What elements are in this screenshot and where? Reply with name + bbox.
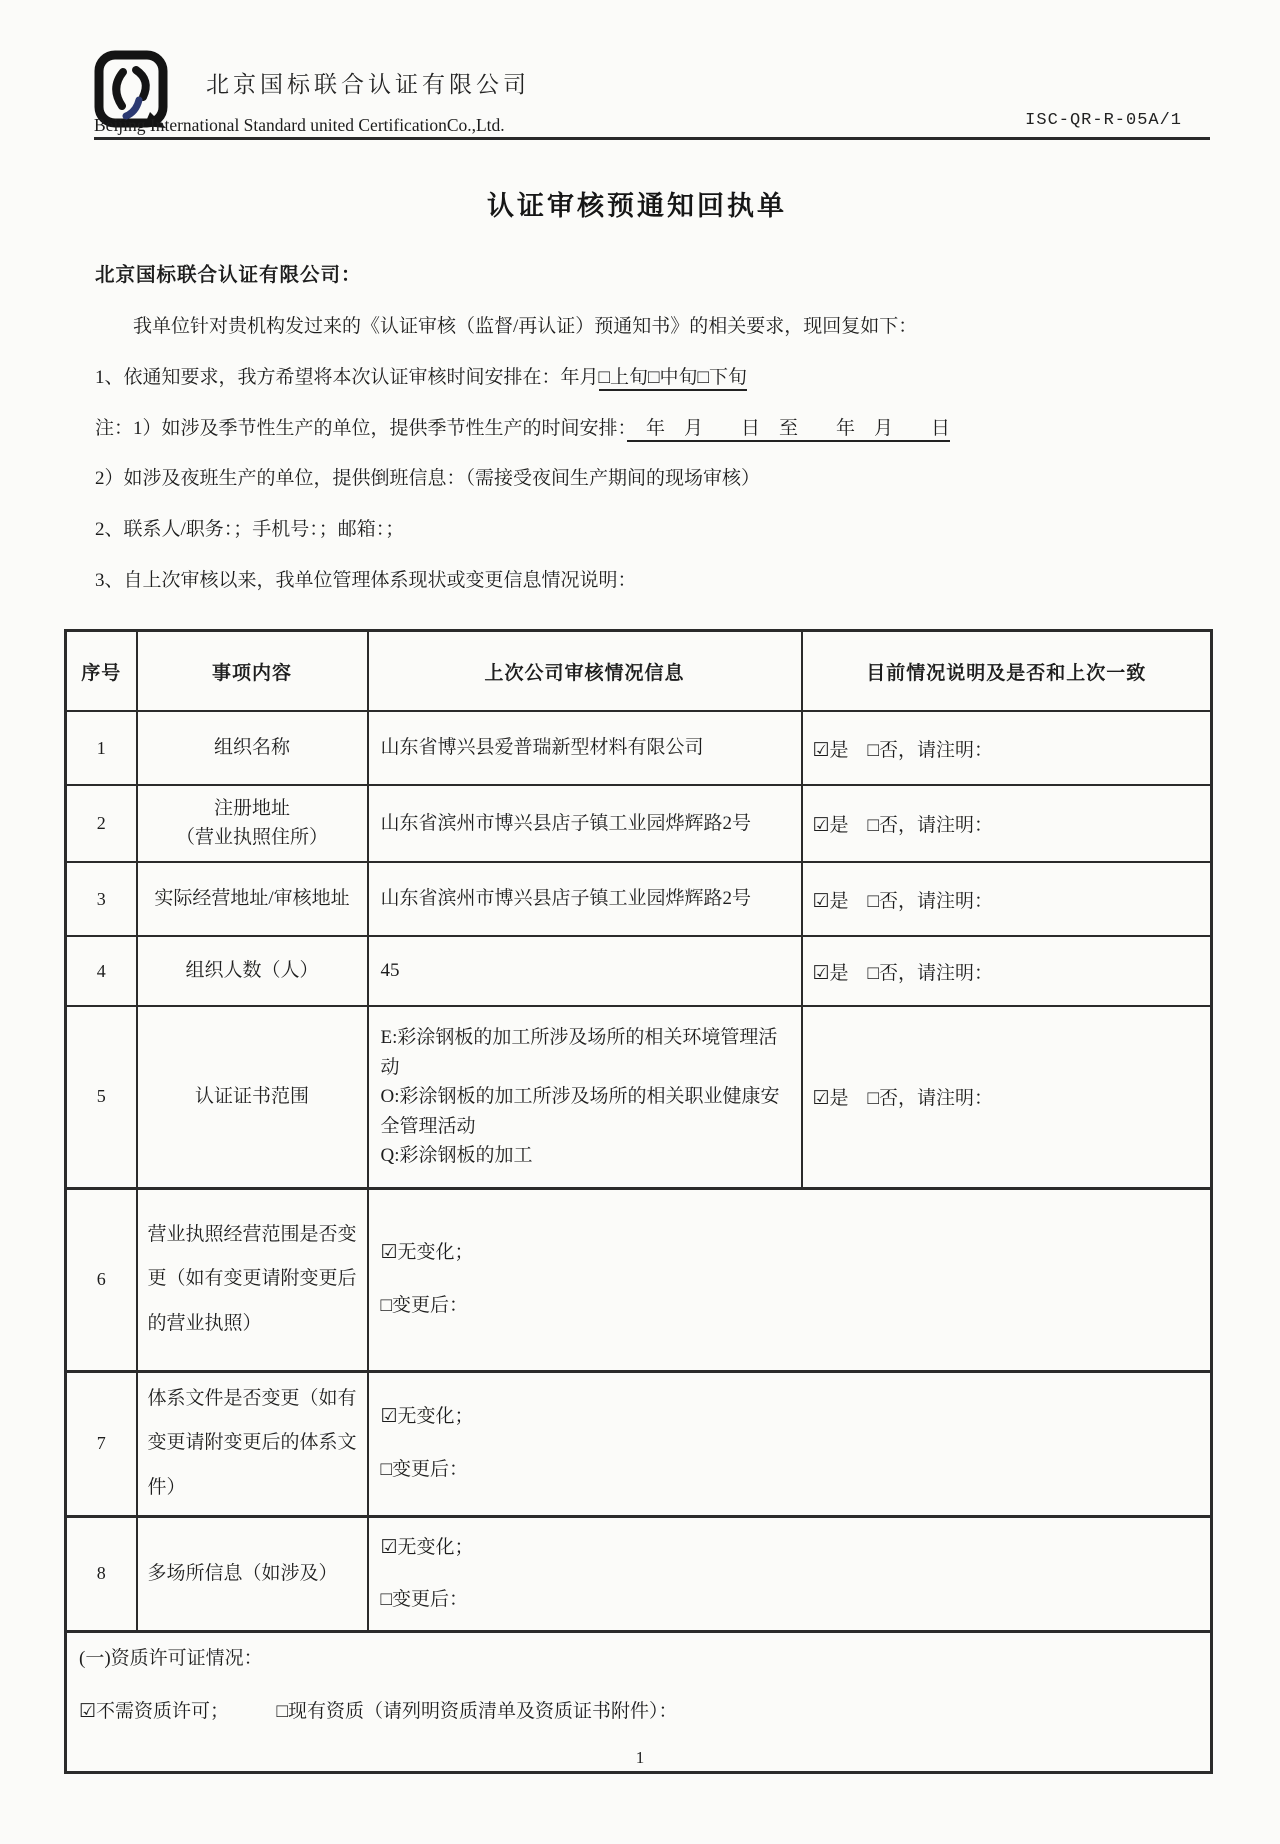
body-text: 北京国标联合认证有限公司： 我单位针对贵机构发过来的《认证审核（监督/再认证）预… (95, 263, 1210, 593)
row-seq: 3 (66, 862, 137, 936)
row-change-checkboxes: ☑无变化； □变更后： (368, 1371, 1212, 1516)
note-2-line: 2）如涉及夜班生产的单位，提供倒班信息：（需接受夜间生产期间的现场审核） (95, 466, 1210, 492)
row-seq: 1 (66, 711, 137, 785)
item-1-text: 1、依通知要求，我方希望将本次认证审核时间安排在：年月 (95, 367, 599, 388)
table-row: 8 多场所信息（如涉及） ☑无变化； □变更后： (66, 1516, 1212, 1632)
item-1-line: 1、依通知要求，我方希望将本次认证审核时间安排在：年月□上旬□中旬□下旬 (95, 365, 1210, 391)
row-content: 45 (368, 936, 802, 1006)
row-content: E:彩涂钢板的加工所涉及场所的相关环境管理活动 O:彩涂钢板的加工所涉及场所的相… (368, 1006, 802, 1188)
note-1-line: 注：1）如涉及季节性生产的单位，提供季节性生产的时间安排： 年 月 日 至 年 … (95, 416, 1210, 442)
salutation: 北京国标联合认证有限公司： (95, 263, 1210, 289)
row-content: 山东省滨州市博兴县店子镇工业园烨辉路2号 (368, 862, 802, 936)
row-label: 实际经营地址/审核地址 (137, 862, 368, 936)
table-header-row: 序号 事项内容 上次公司审核情况信息 目前情况说明及是否和上次一致 (66, 631, 1212, 712)
row-label: 体系文件是否变更（如有变更请附变更后的体系文件） (137, 1371, 368, 1516)
col-header-last-audit-info: 上次公司审核情况信息 (368, 631, 802, 712)
table-row: 4 组织人数（人） 45 ☑是 □否，请注明： (66, 936, 1212, 1006)
change-status-table: 序号 事项内容 上次公司审核情况信息 目前情况说明及是否和上次一致 1 组织名称… (64, 629, 1213, 1774)
table-row: 1 组织名称 山东省博兴县爱普瑞新型材料有限公司 ☑是 □否，请注明： (66, 711, 1212, 785)
company-name-cn: 北京国标联合认证有限公司 (206, 50, 1210, 99)
item-2-line: 2、联系人/职务：；手机号：；邮箱：； (95, 517, 1210, 543)
row-change-checkboxes: ☑无变化； □变更后： (368, 1188, 1212, 1371)
row-status-checkboxes: ☑是 □否，请注明： (802, 1006, 1212, 1188)
qualification-section-title: (一)资质许可证情况： (79, 1643, 1206, 1670)
row-seq: 6 (66, 1188, 137, 1371)
row-status-checkboxes: ☑是 □否，请注明： (802, 862, 1212, 936)
row-label: 注册地址 （营业执照住所） (137, 785, 368, 862)
intro-paragraph: 我单位针对贵机构发过来的《认证审核（监督/再认证）预通知书》的相关要求，现回复如… (95, 314, 1210, 340)
note-1-date-blank: 年 月 日 至 年 月 日 (627, 418, 950, 442)
row-seq: 5 (66, 1006, 137, 1188)
note-1-text: 注：1）如涉及季节性生产的单位，提供季节性生产的时间安排： (95, 418, 627, 439)
col-header-current-status: 目前情况说明及是否和上次一致 (802, 631, 1212, 712)
col-header-item: 事项内容 (137, 631, 368, 712)
page-number: 1 (0, 1748, 1280, 1768)
document-title: 认证审核预通知回执单 (64, 184, 1210, 223)
item-1-schedule-options: □上旬□中旬□下旬 (599, 367, 747, 391)
row-status-checkboxes: ☑是 □否，请注明： (802, 711, 1212, 785)
row-change-checkboxes: ☑无变化； □变更后： (368, 1516, 1212, 1632)
row-label: 组织名称 (137, 711, 368, 785)
row-content: 山东省滨州市博兴县店子镇工业园烨辉路2号 (368, 785, 802, 862)
row-seq: 4 (66, 936, 137, 1006)
row-label: 多场所信息（如涉及） (137, 1516, 368, 1632)
row-seq: 2 (66, 785, 137, 862)
item-3-line: 3、自上次审核以来，我单位管理体系现状或变更信息情况说明： (95, 568, 1210, 594)
table-row: 3 实际经营地址/审核地址 山东省滨州市博兴县店子镇工业园烨辉路2号 ☑是 □否… (66, 862, 1212, 936)
qualification-section-checkboxes: ☑不需资质许可； □现有资质（请列明资质清单及资质证书附件）： (79, 1696, 1206, 1723)
row-seq: 8 (66, 1516, 137, 1632)
document-header: 北京国标联合认证有限公司 Beijing International Stand… (94, 0, 1210, 140)
document-page: 北京国标联合认证有限公司 Beijing International Stand… (0, 0, 1280, 1774)
row-label: 营业执照经营范围是否变更（如有变更请附变更后的营业执照） (137, 1188, 368, 1371)
row-seq: 7 (66, 1371, 137, 1516)
table-row: 2 注册地址 （营业执照住所） 山东省滨州市博兴县店子镇工业园烨辉路2号 ☑是 … (66, 785, 1212, 862)
document-number: ISC-QR-R-05A/1 (1025, 111, 1210, 136)
col-header-seq: 序号 (66, 631, 137, 712)
table-row: 6 营业执照经营范围是否变更（如有变更请附变更后的营业执照） ☑无变化； □变更… (66, 1188, 1212, 1371)
row-status-checkboxes: ☑是 □否，请注明： (802, 936, 1212, 1006)
row-label: 认证证书范围 (137, 1006, 368, 1188)
header-rule: Beijing International Standard united Ce… (94, 111, 1210, 140)
company-name-en: Beijing International Standard united Ce… (94, 115, 505, 136)
row-content: 山东省博兴县爱普瑞新型材料有限公司 (368, 711, 802, 785)
row-status-checkboxes: ☑是 □否，请注明： (802, 785, 1212, 862)
table-row: 7 体系文件是否变更（如有变更请附变更后的体系文件） ☑无变化； □变更后： (66, 1371, 1212, 1516)
row-label: 组织人数（人） (137, 936, 368, 1006)
table-row: 5 认证证书范围 E:彩涂钢板的加工所涉及场所的相关环境管理活动 O:彩涂钢板的… (66, 1006, 1212, 1188)
